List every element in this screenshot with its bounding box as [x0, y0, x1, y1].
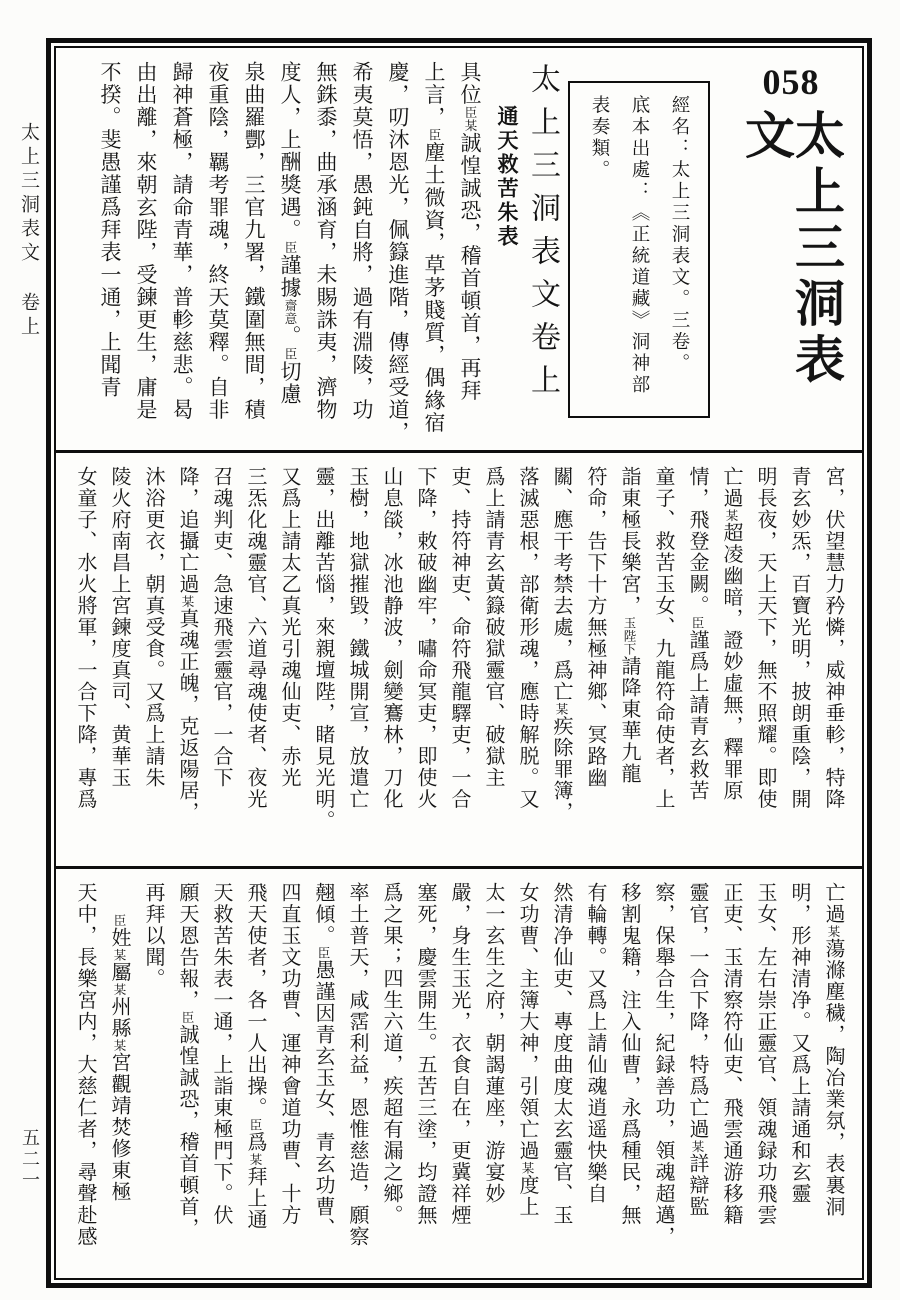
text-column: 願天恩告報，臣誠惶誠恐，稽首頓首，: [170, 882, 204, 1264]
text-column: 符命，告下十方無極神鄉、冥路幽: [578, 466, 612, 852]
small-annotation: 某: [112, 1039, 126, 1052]
text-column: 爲之果；四生六道，疾超有漏之鄉。: [374, 882, 408, 1264]
text-column: 正吏、玉清察符仙吏、飛雲通游移籍: [714, 882, 748, 1264]
text-column: 又爲上請太乙真光引魂仙吏、赤光: [272, 466, 306, 852]
text-column: 亡過某蕩滌塵穢，陶冶業氛，表裏洞: [816, 882, 850, 1264]
text-column: 爲上請青玄黃籙破獄靈官、破獄主: [476, 466, 510, 852]
text-column: 再拜以聞。: [136, 882, 170, 1264]
text-columns-middle: 宮，伏望慧力矜憐，威神垂軫，特降青玄妙炁，百寶光明，披朗重陰，開明長夜，天上天下…: [68, 466, 850, 852]
text-column: 陵火府南昌上宮鍊度真司、黄華玉: [102, 466, 136, 852]
text-column: 天救苦朱表一通，上詣東極門下。伏: [204, 882, 238, 1264]
small-annotation: 某: [690, 1140, 704, 1153]
text-column: 詣東極長樂宮，玉陛下請降東華九龍: [612, 466, 646, 852]
text-column: 率土普天，咸霑利益，恩惟慈造，願察: [340, 882, 374, 1264]
text-column: 情，飛登金闕。臣謹爲上請青玄救苦: [680, 466, 714, 852]
text-column: 底本出處：《正統道藏》洞神部: [619, 95, 659, 404]
small-annotation: 某: [554, 703, 568, 716]
small-annotation: 某: [112, 983, 126, 996]
text-column: 夜重陰，羈考罪魂，終天莫釋。自非: [200, 61, 236, 436]
text-column: 降，追攝亡過某真魂正魄，克返陽居，: [170, 466, 204, 852]
text-column: 靈官，一合下降，特爲亡過某詳辯監: [680, 882, 714, 1264]
margin-page-number: 五二一: [17, 1128, 43, 1191]
text-column: 女童子、水火將軍，一合下降，專爲: [68, 466, 102, 852]
text-column: 童子、救苦玉女、九龍符命使者，上: [646, 466, 680, 852]
text-column: 三炁化魂靈官、六道尋魂使者、夜光: [238, 466, 272, 852]
text-column: 希夷莫悟，愚鈍自將，過有淵陵，功: [344, 61, 380, 436]
text-column: 下降，敕破幽牢，嘯命冥吏，即使火: [408, 466, 442, 852]
text-column: 女功曹、主簿大神，引領亡過某度上: [510, 882, 544, 1264]
small-annotation: 某: [520, 1162, 534, 1175]
text-column: 塞死，慶雲開生。五苦三塗，均證無: [408, 882, 442, 1264]
small-annotation: 齋意: [283, 299, 297, 325]
signature-column: 臣姓某屬某州縣某宮觀靖焚修東極: [102, 882, 136, 1264]
text-columns-top: 太上三洞表文卷上通天救苦朱表具位臣某誠惶誠恐，稽首頓首，再拜上言，臣塵土微資，草…: [92, 61, 560, 436]
text-column: 歸神蒼極，請命青華，普軫慈悲。曷: [164, 61, 200, 436]
text-column: 天中，長樂宮内，大慈仁者，尋聲赴感: [68, 882, 102, 1264]
page-frame: 058 太上三洞表文 經名：太上三洞表文。三卷。底本出處：《正統道藏》洞神部表奏…: [46, 38, 872, 1288]
small-annotation: 某: [826, 925, 840, 938]
text-column: 嚴，身生玉光，衣食自在，更冀祥煙: [442, 882, 476, 1264]
small-annotation: 臣: [283, 348, 297, 361]
text-column: 由出離，來朝玄陛，受鍊更生，庸是: [128, 61, 164, 436]
margin-title-text: 太上三洞表文: [18, 122, 39, 266]
text-column: 無銖黍，曲承涵育，未賜誅夷，濟物: [308, 61, 344, 436]
text-column: 關、應干考禁去處，爲亡某疾除罪簿，: [544, 466, 578, 852]
text-column: 察，保舉合生，紀録善功，領魂超邁，: [646, 882, 680, 1264]
subsection-heading: 通天救苦朱表: [488, 61, 524, 436]
text-column: 宮，伏望慧力矜憐，威神垂軫，特降: [816, 466, 850, 852]
text-column: 山息燄，冰池静波，劍變鶱林，刀化: [374, 466, 408, 852]
text-column: 移割鬼籍，注入仙曹，永爲種民，無: [612, 882, 646, 1264]
small-annotation: 臣: [316, 947, 330, 960]
title-block: 058 太上三洞表文: [732, 61, 850, 436]
text-column: 青玄妙炁，百寶光明，披朗重陰，開: [782, 466, 816, 852]
text-column: 飛天使者，各一人出操。臣爲某拜上通: [238, 882, 272, 1264]
small-annotation: 某: [112, 949, 126, 962]
text-column: 然清净仙吏、專度曲度太玄靈官、玉: [544, 882, 578, 1264]
small-annotation: 臣: [690, 617, 704, 630]
small-annotation: 臣: [180, 1011, 194, 1024]
text-column: 泉曲羅酆，三官九署，鐵圍無間，積: [236, 61, 272, 436]
section-opening: 058 太上三洞表文 經名：太上三洞表文。三卷。底本出處：《正統道藏》洞神部表奏…: [56, 48, 862, 450]
text-column: 經名：太上三洞表文。三卷。: [659, 95, 699, 404]
inner-frame: 058 太上三洞表文 經名：太上三洞表文。三卷。底本出處：《正統道藏》洞神部表奏…: [54, 46, 864, 1280]
text-column: 翹傾。臣愚謹因青玄玉女、青玄功曹、: [306, 882, 340, 1264]
text-column: 亡過某超凌幽暗，證妙虛無，釋罪原: [714, 466, 748, 852]
chapter-title: 太上三洞表文卷上: [524, 61, 560, 436]
text-column: 落滅惡根，部衛形魂，應時解脱。又: [510, 466, 544, 852]
bibliographic-note-box: 經名：太上三洞表文。三卷。底本出處：《正統道藏》洞神部表奏類。: [568, 81, 710, 418]
text-column: 召魂判吏、急速飛雲靈官，一合下: [204, 466, 238, 852]
text-column: 靈，出離苦惱，來親壇陛，睹見光明。: [306, 466, 340, 852]
text-column: 慶，叨沐恩光，佩籙進階，傳經受道，: [380, 61, 416, 436]
small-annotation: 某: [724, 509, 738, 522]
small-annotation: 臣: [427, 129, 441, 142]
text-column: 不揆。斐愚謹爲拜表一通，上聞青: [92, 61, 128, 436]
text-column: 明長夜，天上天下，無不照耀。即使: [748, 466, 782, 852]
text-column: 吏、持符神吏、命符飛龍驛吏，一合: [442, 466, 476, 852]
text-column: 四直玉文功曹、運神會道功曹、十方: [272, 882, 306, 1264]
text-column: 玉樹，地獄摧毀，鐵城開宣，放遣亡: [340, 466, 374, 852]
small-annotation: 某: [248, 1153, 262, 1166]
section-bottom: 亡過某蕩滌塵穢，陶冶業氛，表裏洞明，形神清净。又爲上請通和玄靈玉女、左右崇正靈官…: [56, 869, 862, 1278]
text-column: 太一玄生之府，朝謁蓮座，游宴妙: [476, 882, 510, 1264]
small-annotation: 臣: [283, 241, 297, 254]
margin-volume-label: 卷上: [15, 292, 42, 340]
small-annotation: 臣: [248, 1119, 262, 1132]
text-column: 上言，臣塵土微資，草茅賤質，偶緣宿: [416, 61, 452, 436]
section-middle: 宮，伏望慧力矜憐，威神垂軫，特降青玄妙炁，百寶光明，披朗重陰，開明長夜，天上天下…: [56, 453, 862, 866]
small-annotation: 玉陛下: [622, 617, 636, 656]
scripture-title: 太上三洞表文: [741, 109, 841, 436]
text-column: 沐浴更衣，朝真受食。又爲上請朱: [136, 466, 170, 852]
small-annotation: 臣: [112, 914, 126, 927]
text-columns-bottom: 亡過某蕩滌塵穢，陶冶業氛，表裏洞明，形神清净。又爲上請通和玄靈玉女、左右崇正靈官…: [68, 882, 850, 1264]
text-column: 玉女、左右崇正靈官、領魂録功飛雲: [748, 882, 782, 1264]
margin-running-title: 太上三洞表文卷上: [15, 122, 42, 340]
text-column: 明，形神清净。又爲上請通和玄靈: [782, 882, 816, 1264]
catalog-number: 058: [763, 61, 820, 103]
text-column: 度人，上酬獎遇。臣謹據齋意。臣切慮: [272, 61, 308, 436]
text-column: 有輪轉。又爲上請仙魂逍遥快樂自: [578, 882, 612, 1264]
text-column: 表奏類。: [579, 95, 619, 404]
small-annotation: 臣某: [463, 106, 477, 132]
small-annotation: 某: [180, 595, 194, 608]
text-column: 具位臣某誠惶誠恐，稽首頓首，再拜: [452, 61, 488, 436]
